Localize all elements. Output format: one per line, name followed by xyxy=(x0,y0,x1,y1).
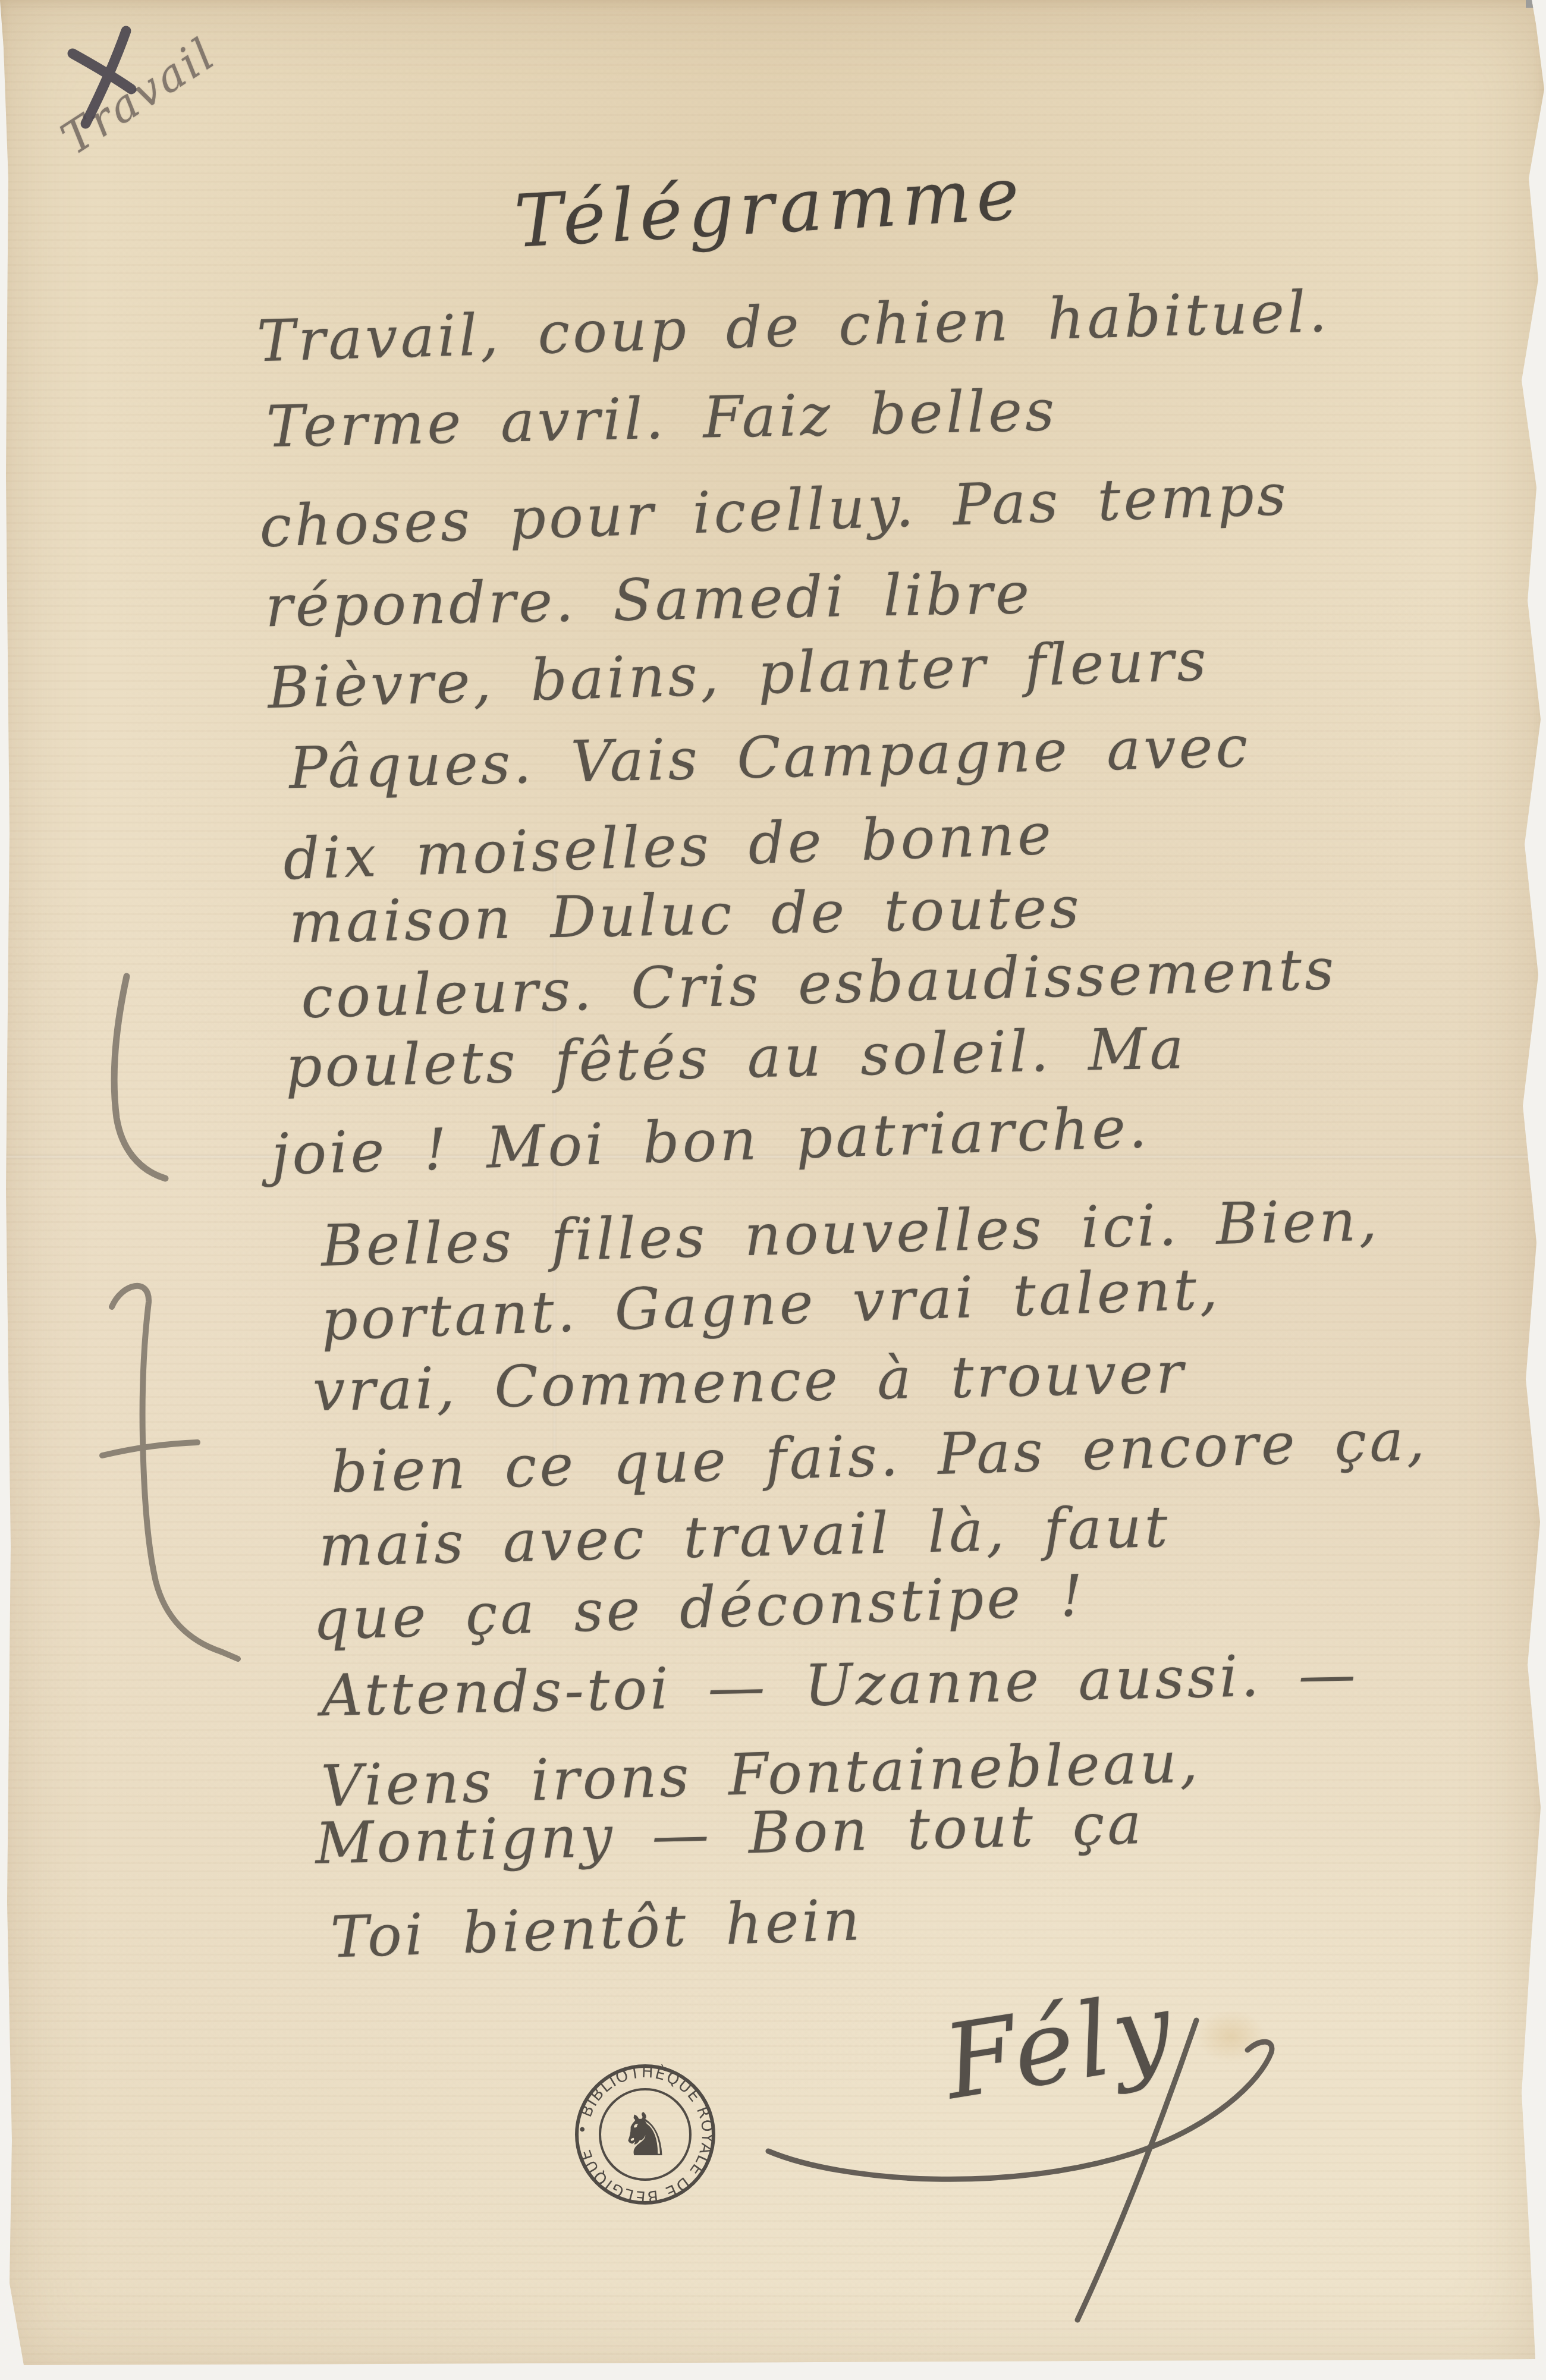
letter-line-18: Attends-toi — Uzanne aussi. — xyxy=(320,1641,1359,1730)
letter-line-14: vrai, Commence à trouver xyxy=(312,1340,1187,1425)
letter-line-4: répondre. Samedi libre xyxy=(265,560,1033,640)
letter-line-6: Pâques. Vais Campagne avec xyxy=(288,713,1251,802)
margin-f-mark xyxy=(102,1286,238,1659)
stamp-ring-text: • BIBLIOTHÈQUE ROYALE DE BELGIQUE xyxy=(574,2063,717,2206)
letter-line-15: bien ce que fais. Pas encore ça, xyxy=(330,1407,1429,1506)
library-stamp: • BIBLIOTHÈQUE ROYALE DE BELGIQUE ♞ xyxy=(574,2063,717,2206)
letter-line-21: Toi bientôt hein xyxy=(329,1887,863,1971)
letter-line-5: Bièvre, bains, planter fleurs xyxy=(267,627,1210,722)
letter-line-12: Belles filles nouvelles ici. Bien, xyxy=(320,1187,1381,1279)
stamp-lion-emblem-icon: ♞ xyxy=(618,2100,672,2170)
margin-annotation-travail: Travail xyxy=(52,28,225,165)
letter-paper: Télégramme Travail Travail, coup de chie… xyxy=(0,0,1546,2380)
letter-line-3: choses pour icelluy. Pas temps xyxy=(259,461,1290,560)
foxing-stain xyxy=(1195,2010,1267,2063)
letter-title: Télégramme xyxy=(513,151,1027,264)
signature-fely: Fély xyxy=(937,1969,1183,2123)
scanner-edge-artifact xyxy=(1526,0,1546,8)
stamp-outer-ring xyxy=(577,2066,714,2203)
letter-line-2: Terme avril. Faiz belles xyxy=(266,377,1058,460)
stamp-ring-text-holder: • BIBLIOTHÈQUE ROYALE DE BELGIQUE xyxy=(574,2063,717,2206)
letter-line-11: joie ! Moi bon patriarche. xyxy=(271,1094,1151,1188)
stamp-inner-ring xyxy=(600,2089,690,2180)
letter-line-1: Travail, coup de chien habituel. xyxy=(256,278,1331,375)
margin-paren-mark xyxy=(114,976,165,1178)
